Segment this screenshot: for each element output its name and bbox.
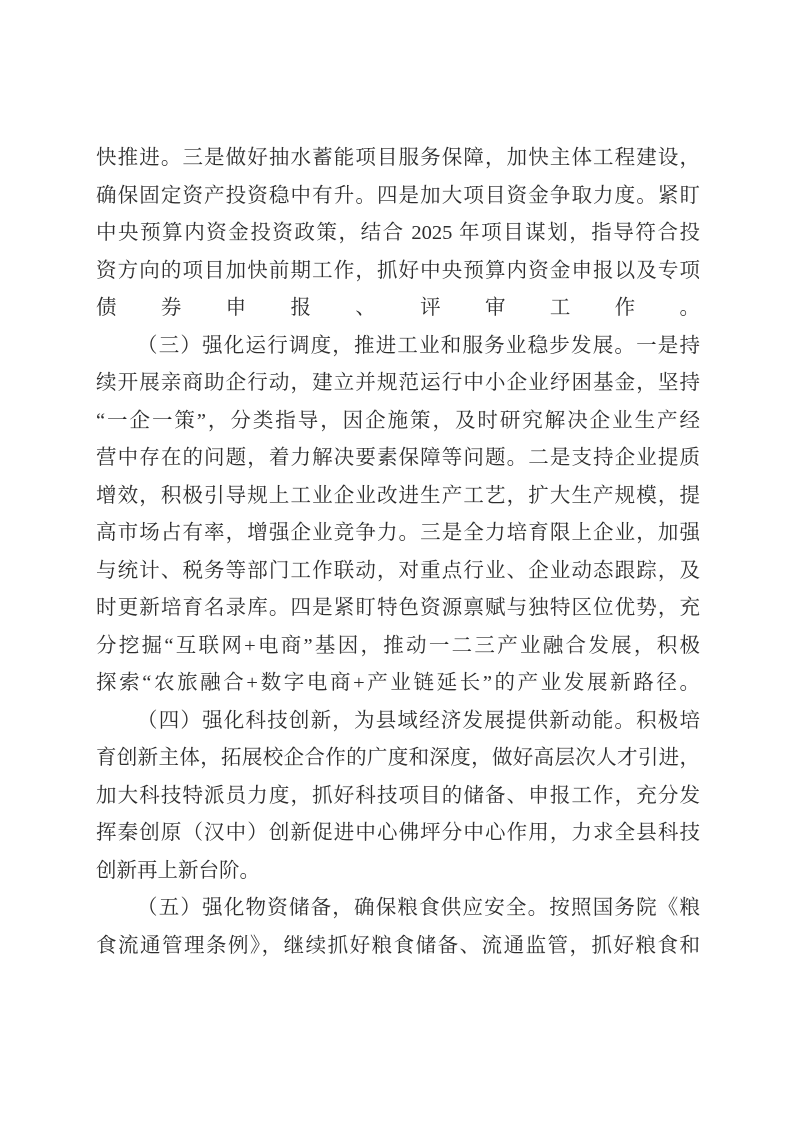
text-line: 确保固定资产投资稳中有升。四是加大项目资金争取力度。紧盯 (96, 178, 700, 216)
text-line: （五）强化物资储备，确保粮食供应安全。按照国务院《粮 (96, 890, 700, 928)
text-line: 探索“农旅融合+数字电商+产业链延长”的产业发展新路径。 (96, 665, 700, 703)
text-line: 债券申报、评审工作。 (96, 290, 700, 328)
text-line: 创新再上新台阶。 (96, 853, 700, 891)
text-line: 分挖掘“互联网+电商”基因，推动一二三产业融合发展，积极 (96, 628, 700, 666)
text-line: 挥秦创原（汉中）创新促进中心佛坪分中心作用，力求全县科技 (96, 815, 700, 853)
text-line: 食流通管理条例》，继续抓好粮食储备、流通监管，抓好粮食和 (96, 928, 700, 966)
text-line: “一企一策”，分类指导，因企施策，及时研究解决企业生产经 (96, 403, 700, 441)
text-line: 育创新主体，拓展校企合作的广度和深度，做好高层次人才引进， (96, 740, 700, 778)
text-line: 时更新培育名录库。四是紧盯特色资源禀赋与独特区位优势，充 (96, 590, 700, 628)
document-body: 快推进。三是做好抽水蓄能项目服务保障，加快主体工程建设，确保固定资产投资稳中有升… (96, 140, 700, 965)
text-line: 营中存在的问题，着力解决要素保障等问题。二是支持企业提质 (96, 440, 700, 478)
text-line: （三）强化运行调度，推进工业和服务业稳步发展。一是持 (96, 328, 700, 366)
text-line: 高市场占有率，增强企业竞争力。三是全力培育限上企业，加强 (96, 515, 700, 553)
text-line: 加大科技特派员力度，抓好科技项目的储备、申报工作，充分发 (96, 778, 700, 816)
document-page: 快推进。三是做好抽水蓄能项目服务保障，加快主体工程建设，确保固定资产投资稳中有升… (0, 0, 792, 1121)
paragraph: 快推进。三是做好抽水蓄能项目服务保障，加快主体工程建设，确保固定资产投资稳中有升… (96, 140, 700, 328)
text-line: 与统计、税务等部门工作联动，对重点行业、企业动态跟踪，及 (96, 553, 700, 591)
text-line: 增效，积极引导规上工业企业改进生产工艺，扩大生产规模，提 (96, 478, 700, 516)
text-line: 中央预算内资金投资政策，结合 2025 年项目谋划，指导符合投 (96, 215, 700, 253)
text-line: （四）强化科技创新，为县域经济发展提供新动能。积极培 (96, 703, 700, 741)
text-line: 续开展亲商助企行动，建立并规范运行中小企业纾困基金，坚持 (96, 365, 700, 403)
paragraph: （五）强化物资储备，确保粮食供应安全。按照国务院《粮食流通管理条例》，继续抓好粮… (96, 890, 700, 965)
paragraph: （四）强化科技创新，为县域经济发展提供新动能。积极培育创新主体，拓展校企合作的广… (96, 703, 700, 891)
paragraph: （三）强化运行调度，推进工业和服务业稳步发展。一是持续开展亲商助企行动，建立并规… (96, 328, 700, 703)
text-line: 快推进。三是做好抽水蓄能项目服务保障，加快主体工程建设， (96, 140, 700, 178)
text-line: 资方向的项目加快前期工作，抓好中央预算内资金申报以及专项 (96, 253, 700, 291)
